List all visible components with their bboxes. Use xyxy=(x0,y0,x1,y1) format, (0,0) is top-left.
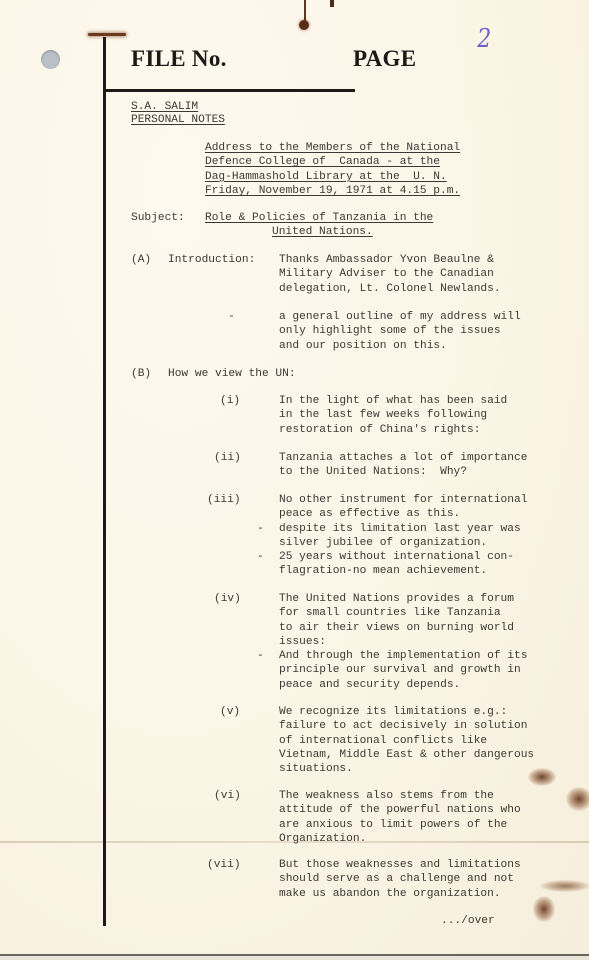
rust-stain xyxy=(566,787,589,811)
point-numeral: (i) xyxy=(220,394,240,408)
address-line: Friday, November 19, 1971 at 4.15 p.m. xyxy=(205,184,460,198)
section-a-marker: (A) xyxy=(131,253,151,267)
point-text: Tanzania attaches a lot of importance to… xyxy=(279,451,527,480)
staple-mark xyxy=(88,33,126,36)
punch-hole xyxy=(41,50,60,69)
notes-label: PERSONAL NOTES xyxy=(131,113,225,127)
section-a-heading: Introduction: xyxy=(168,253,255,267)
point-text: We recognize its limitations e.g.: failu… xyxy=(279,705,534,776)
dash-bullet: - xyxy=(257,550,264,564)
section-a-text: Thanks Ambassador Yvon Beaulne & Militar… xyxy=(279,253,501,296)
address-line: Address to the Members of the National xyxy=(205,141,460,155)
point-text: The United Nations provides a forum for … xyxy=(279,592,527,692)
rust-stain xyxy=(533,896,555,922)
section-a-dash-text: a general outline of my address will onl… xyxy=(279,310,521,353)
subject-line: Role & Policies of Tanzania in the xyxy=(205,211,433,225)
handwritten-page-number: 2 xyxy=(477,24,491,54)
subject-label: Subject: xyxy=(131,211,185,225)
point-numeral: (v) xyxy=(220,705,240,719)
dash-bullet: - xyxy=(257,649,264,663)
point-text: No other instrument for international pe… xyxy=(279,493,527,579)
section-b-marker: (B) xyxy=(131,367,151,381)
point-numeral: (ii) xyxy=(214,451,241,465)
point-numeral: (vii) xyxy=(207,858,241,872)
point-text: In the light of what has been said in th… xyxy=(279,394,507,437)
margin-rule xyxy=(103,37,106,926)
dash-bullet: - xyxy=(257,522,264,536)
rust-spot xyxy=(299,20,309,30)
header-rule xyxy=(104,89,355,92)
section-b-heading: How we view the UN: xyxy=(168,367,296,381)
point-numeral: (vi) xyxy=(214,789,241,803)
dash-bullet: - xyxy=(228,310,235,324)
point-numeral: (iv) xyxy=(214,592,241,606)
point-text: But those weaknesses and limitations sho… xyxy=(279,858,521,901)
continuation-note: .../over xyxy=(441,914,495,928)
rust-stain xyxy=(540,880,589,892)
address-block: Address to the Members of the National D… xyxy=(205,141,460,198)
point-text: The weakness also stems from the attitud… xyxy=(279,789,521,846)
address-line: Defence College of Canada - at the xyxy=(205,155,460,169)
page-label: PAGE xyxy=(353,46,416,72)
file-no-label: FILE No. xyxy=(131,46,227,72)
staple-mark-small xyxy=(330,0,334,7)
subject-line: United Nations. xyxy=(272,225,373,239)
point-numeral: (iii) xyxy=(207,493,241,507)
document-page: FILE No. PAGE 2 S.A. SALIM PERSONAL NOTE… xyxy=(0,0,589,956)
address-line: Dag-Hammashold Library at the U. N. xyxy=(205,170,460,184)
